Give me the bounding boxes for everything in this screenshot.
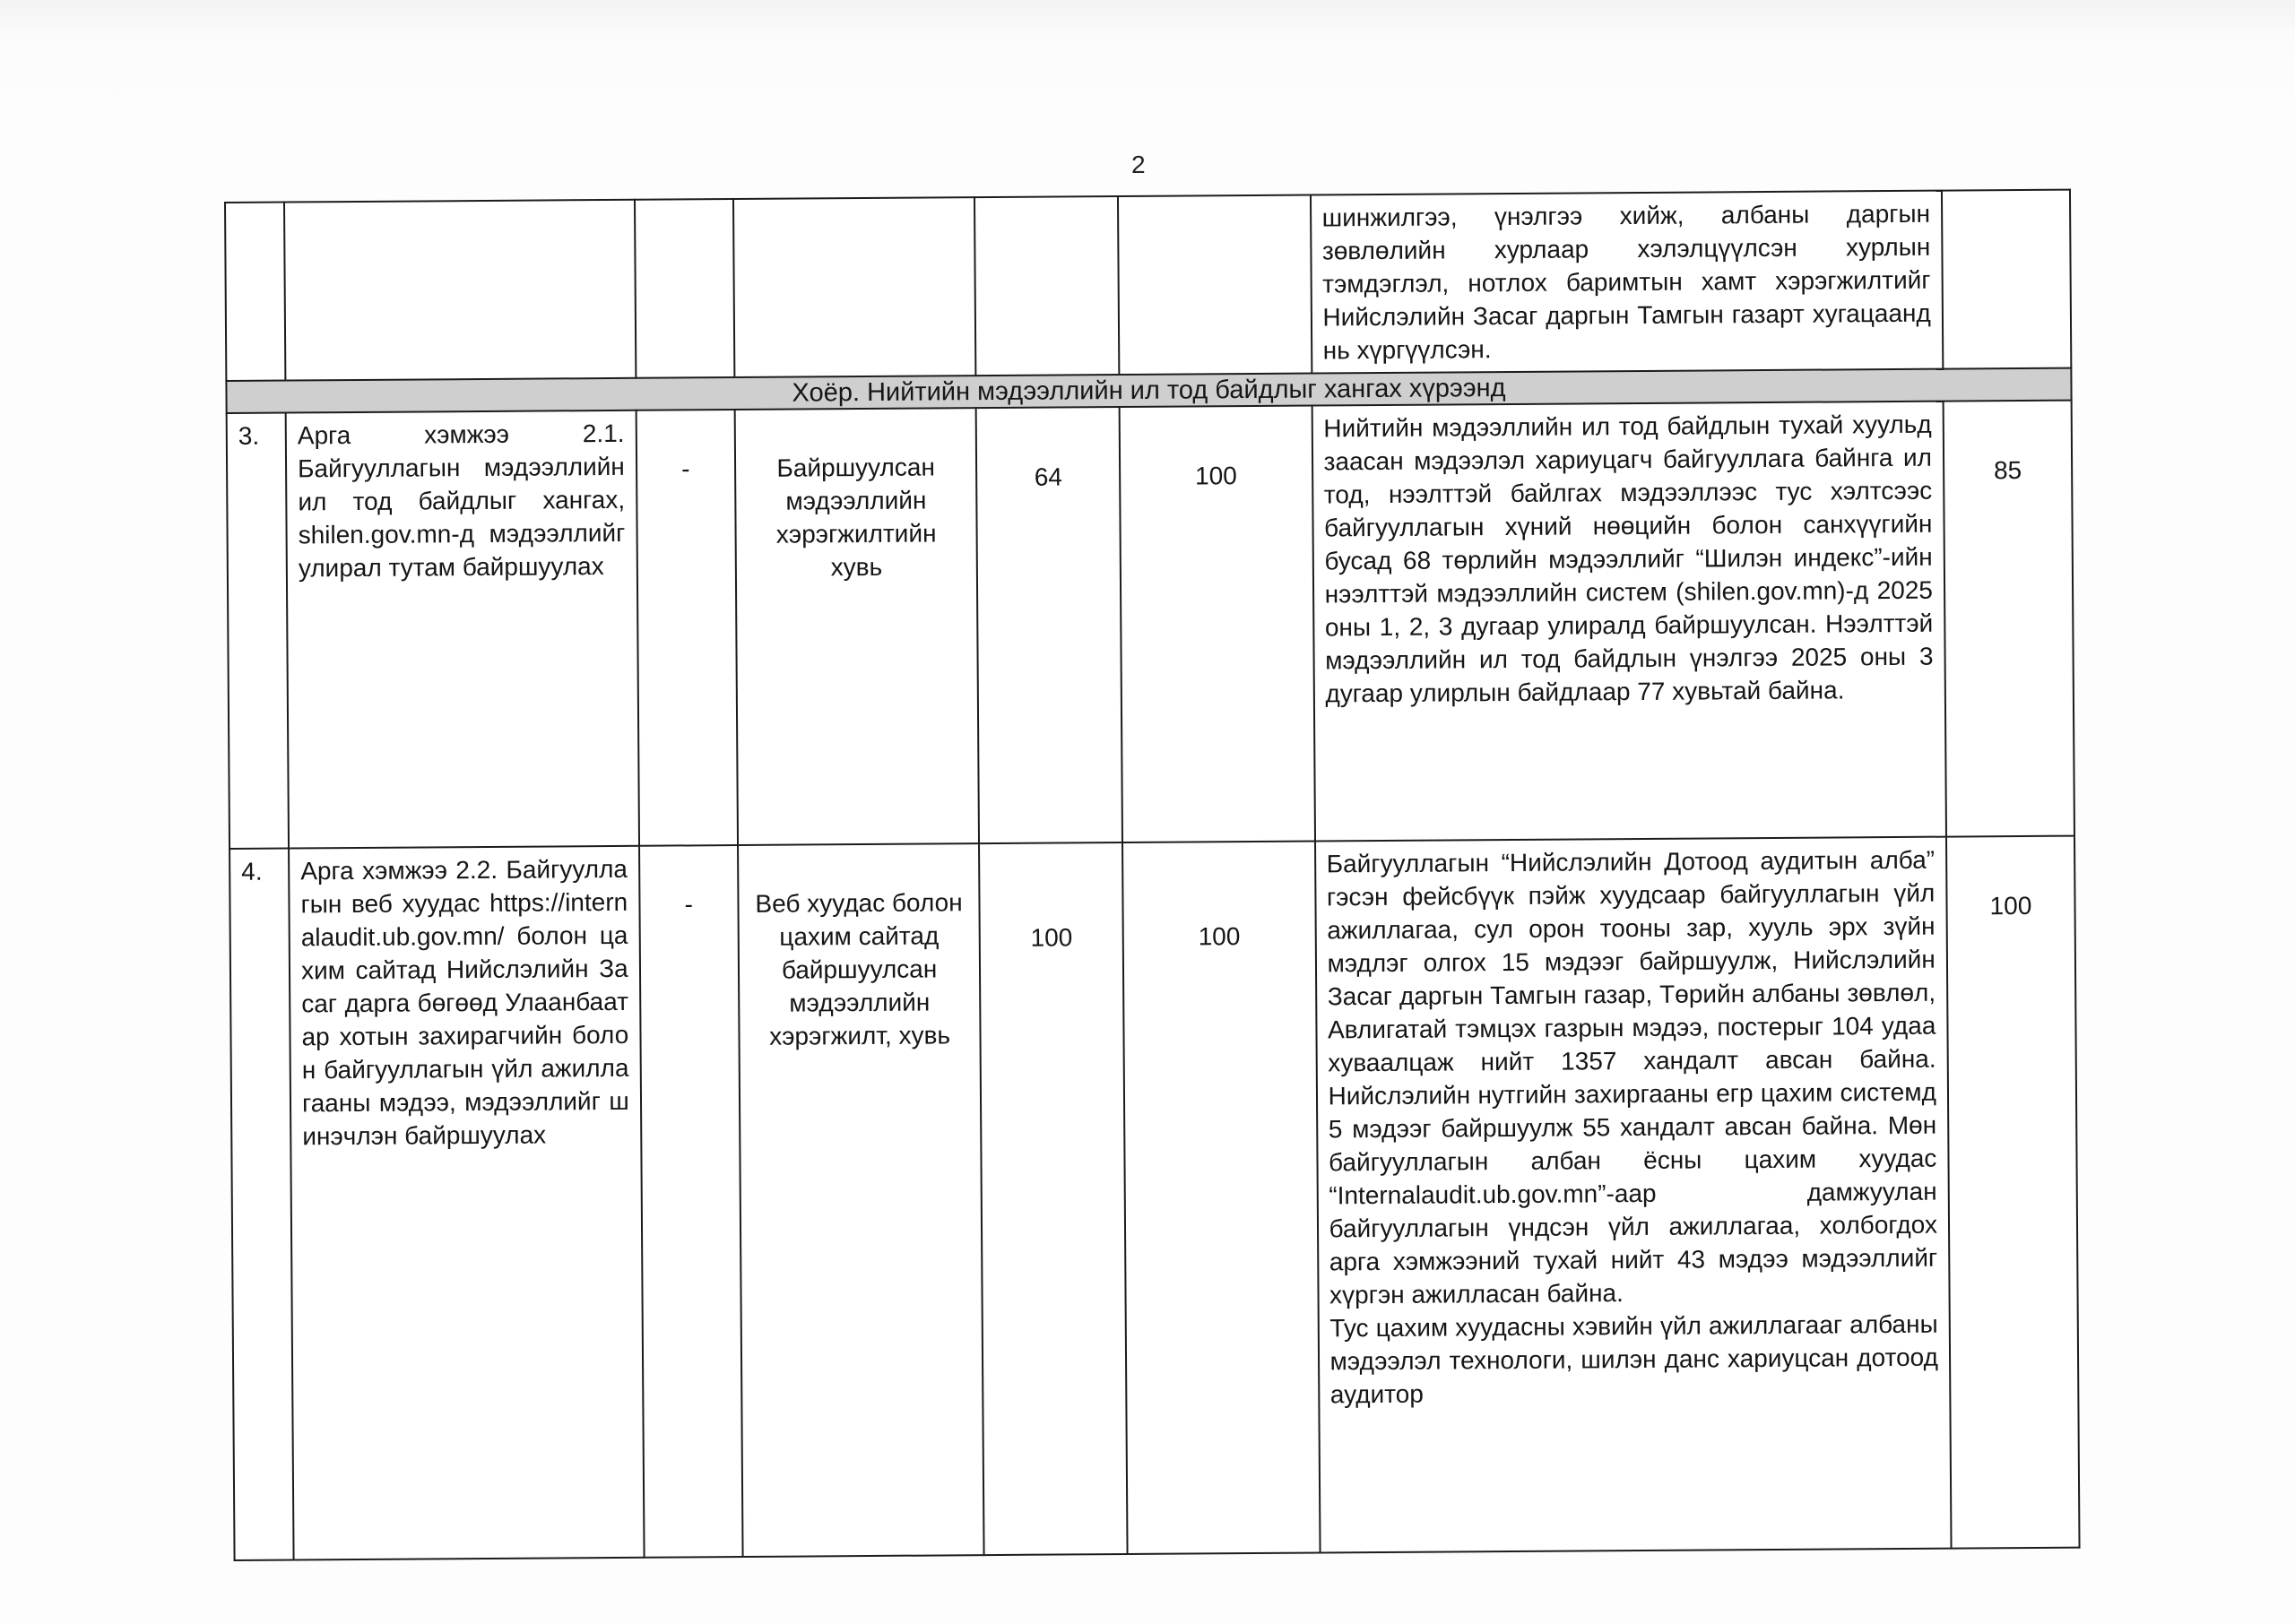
cell-plan: 100	[979, 842, 1127, 1555]
table-row-continued: шинжилгээ, үнэлгээ хийж, албаны даргын з…	[225, 190, 2071, 381]
cell-target: 100	[1122, 842, 1320, 1554]
cell-indicator: Веб хуудас болон цахим сайтад байршуулса…	[738, 843, 984, 1557]
cell-baseline	[635, 199, 734, 378]
cell-number: 4.	[229, 849, 294, 1560]
cell-target	[1118, 195, 1312, 375]
table-row: 3. Арга хэмжээ 2.1. Байгууллагын мэдээлл…	[227, 401, 2074, 849]
cell-plan	[974, 196, 1119, 376]
cell-score: 85	[1943, 401, 2074, 837]
cell-number	[225, 203, 285, 381]
report-table-container: шинжилгээ, үнэлгээ хийж, албаны даргын з…	[224, 189, 2081, 1561]
cell-activity: Арга хэмжээ 2.2. Байгууллагын веб хуудас…	[289, 846, 644, 1560]
cell-baseline: -	[639, 845, 743, 1558]
cell-result: Нийтийн мэдээллийн ил тод байдлын тухай …	[1312, 402, 1946, 842]
cell-plan: 64	[976, 407, 1122, 843]
result-paragraph: Байгууллагын “Нийслэлийн Дотоод аудитын …	[1327, 843, 1938, 1312]
result-paragraph: Нийтийн мэдээллийн ил тод байдлын тухай …	[1323, 408, 1934, 711]
cell-baseline: -	[636, 410, 737, 846]
cell-score: 100	[1946, 836, 2080, 1549]
cell-number: 3.	[227, 413, 289, 849]
cell-indicator: Байршуулсан мэдээллийн хэрэгжилтийн хувь	[734, 408, 979, 845]
cell-target: 100	[1120, 406, 1315, 842]
cell-score	[1942, 190, 2072, 369]
cell-indicator	[733, 197, 976, 377]
report-table: шинжилгээ, үнэлгээ хийж, албаны даргын з…	[224, 189, 2081, 1561]
cell-activity	[284, 200, 636, 381]
cell-result: Байгууллагын “Нийслэлийн Дотоод аудитын …	[1315, 837, 1952, 1553]
cell-activity: Арга хэмжээ 2.1. Байгууллагын мэдээллийн…	[286, 410, 639, 849]
page-number: 2	[1131, 151, 1146, 179]
table-row: 4. Арга хэмжээ 2.2. Байгууллагын веб хуу…	[229, 836, 2079, 1560]
cell-result: шинжилгээ, үнэлгээ хийж, албаны даргын з…	[1311, 191, 1944, 374]
result-paragraph: Тус цахим хуудасны хэвийн үйл ажиллагааг…	[1329, 1308, 1938, 1412]
